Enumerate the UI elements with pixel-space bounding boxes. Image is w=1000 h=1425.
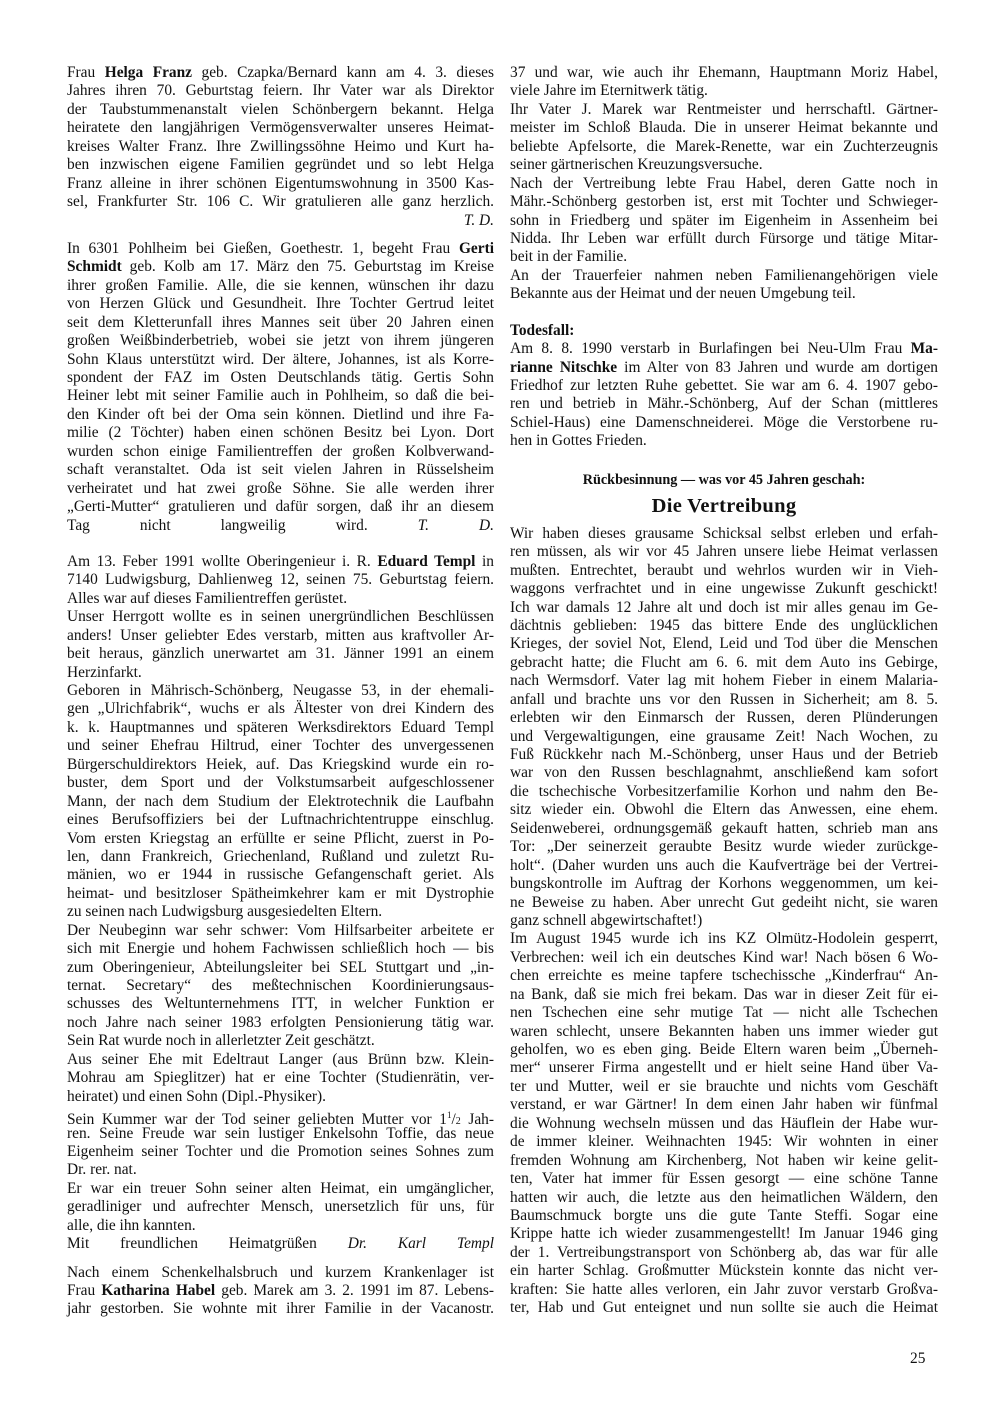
text-line: erlebten wir den Einmarsch der Russen, d… [510,709,938,727]
left-column: Frau Helga Franz geb. Czapka/Bernard kan… [67,64,494,1319]
text-line: Geboren in Mährisch-Schönberg, Neugasse … [67,682,494,700]
text-line: Krieges, der soviel Not, Elend, Leid und… [510,635,938,653]
text-line: Frau Helga Franz geb. Czapka/Bernard kan… [67,64,494,82]
text-line: gebracht hatte; die Flucht am 6. 6. mit … [510,654,938,672]
right-column: 37 und war, wie auch ihr Ehemann, Hauptm… [510,64,938,1318]
text-line: nen Tschechen eine sehr mutige Tat — nic… [510,1004,938,1022]
author-signature: Dr. Karl Templ [348,1235,494,1252]
text-line: In 6301 Pohlheim bei Gießen, Goethestr. … [67,240,494,258]
text-line: „Gerti-Mutter“ gratulieren und dafür sor… [67,498,494,516]
text-line: die tschechische Vorbesitzerfamilie Korh… [510,783,938,801]
text-line: Im August 1945 wurde ich ins KZ Olmütz-H… [510,930,938,948]
text-line: verheiratet und hat zwei große Söhne. Si… [67,480,494,498]
text-line: na Bank, daß sie mich frei bekam. Das wa… [510,986,938,1004]
text-line: nach Wermsdorf. Vater lag mit hohem Fieb… [510,672,938,690]
text-line: zu seinen nach Ludwigsburg ausgesiedelte… [67,903,494,921]
text-line: ne Beweise zu haben. Aber unrecht Gut ge… [510,894,938,912]
text-line: beliebte Apfelsorte, die Marek-Renette, … [510,138,938,156]
text-line: viele Jahre im Eternitwerk tätig. [510,82,938,100]
text-line: Sein Kummer war der Tod seiner geliebten… [67,1106,494,1124]
text-line: Am 13. Feber 1991 wollte Oberingenieur i… [67,553,494,571]
text-line: holt“. (Daher wurden uns auch die Kaufve… [510,857,938,875]
text-line: Krippe hatte ich wieder zusammengestellt… [510,1225,938,1243]
author-signature: T. D. [418,517,494,534]
notice-helga-franz: Frau Helga Franz geb. Czapka/Bernard kan… [67,64,494,230]
text-line: beit in der Familie. [510,248,938,266]
text-line: Ich war damals 12 Jahre alt und doch ist… [510,599,938,617]
text-line: verstand, er war Gärtner! In dem einen J… [510,1096,938,1114]
spacer [67,1254,494,1264]
notice-todesfall: Todesfall: Am 8. 8. 1990 verstarb in Bur… [510,322,938,451]
text-line: milie (2 Töchter) haben einen schönen Be… [67,424,494,442]
text-line: Herzinfarkt. [67,664,494,682]
text-line: waggons verfrachtet und in eine ungewiss… [510,580,938,598]
text-line: schaft veranstaltet. Oda ist seit vielen… [67,461,494,479]
text-line: Bürgerschuldirektors Heiek, auf. Das Kri… [67,756,494,774]
text-line: ren müssen, als wir vor 45 Jahren unsere… [510,543,938,561]
text-line: ren. Seine Freude war sein lustiger Enke… [67,1125,494,1143]
text-line: Fuß Rückkehr nach M.-Schönberg, unser Ha… [510,746,938,764]
page-number: 25 [910,1350,925,1368]
text-line: hatten wir auch, die letzte aus den heim… [510,1189,938,1207]
text-line: Tor: „Der seinerzeit geraubte Besitz wur… [510,838,938,856]
text-line: Ihr Vater J. Marek war Rentmeister und h… [510,101,938,119]
text-line: noch Jahre nach seiner 1983 erfolgten Pe… [67,1014,494,1032]
text-line: Nach der Vertreibung lebte Frau Habel, d… [510,175,938,193]
text-line: Schmidt geb. Kolb am 17. März den 75. Ge… [67,258,494,276]
text-line: von Herzen Glück und Gesundheit. Ihre To… [67,295,494,313]
text-line: ein harter Schlag. Großmutter Mückstein … [510,1262,938,1280]
text-line: mußten. Entrechtet, beraubt und wehrlos … [510,562,938,580]
text-line: Schiel-Haus) eine Damenschneiderei. Möge… [510,414,938,432]
text-line: Unser Herrgott wollte es in seinen unerg… [67,608,494,626]
spacer [67,535,494,553]
notice-gerti-schmidt: In 6301 Pohlheim bei Gießen, Goethestr. … [67,240,494,535]
text-line: und seiner Ehefrau Hiltrud, einer Tochte… [67,737,494,755]
person-name: Eduard Templ [377,553,475,570]
text-line: Vom ersten Kriegstag an erfüllte er sein… [67,830,494,848]
person-name: Helga Franz [105,64,192,81]
text-line: chen erreichte es meine tapfere tschechi… [510,967,938,985]
text-line: Jahres ihren 70. Geburtstag feiern. Ihr … [67,82,494,100]
person-name: Gerti [459,240,494,257]
text-line: Nach einem Schenkelhalsbruch und kurzem … [67,1264,494,1282]
text-line: war von den Russen beschlagnahmt, anschl… [510,764,938,782]
text-line: Friedhof zur letzten Ruhe gebettet. Sie … [510,377,938,395]
person-name: Ma- [911,340,938,357]
author-signature: T. D. [67,212,494,230]
text-line: heiratete den langjährigen Vermögensverw… [67,119,494,137]
text-line: geholfen, wo es eben ging. Beide Eltern … [510,1041,938,1059]
text-line: Er war ein treuer Sohn seiner alten Heim… [67,1180,494,1198]
text-line: len, dann Frankreich, Griechenland, Rußl… [67,848,494,866]
closing-line: Mit freundlichen Heimatgrüßen Dr. Karl T… [67,1235,494,1253]
text-line: kreises Walter Franz. Ihre Zwillingssöhn… [67,138,494,156]
text-line: Eigenheim seiner Tochter und die Promoti… [67,1143,494,1161]
text-line: An der Trauerfeier nahmen neben Familien… [510,267,938,285]
section-heading: Todesfall: [510,322,938,340]
text-line: gen „Ulrichfabrik“, wuchs er als Älteste… [67,700,494,718]
text-line: anders! Unser geliebter Edes verstarb, m… [67,627,494,645]
text-line: Frau Katharina Habel geb. Marek am 3. 2.… [67,1282,494,1300]
text-line: schusses des Weltunternehmens ITT, in we… [67,995,494,1013]
text-line: sohn in Friedberg und später im Eigenhei… [510,212,938,230]
text-line: hen in Gottes Frieden. [510,432,938,450]
text-line: ben inzwischen eigene Familien gegründet… [67,156,494,174]
text-line: 37 und war, wie auch ihr Ehemann, Hauptm… [510,64,938,82]
text-line: Franz alleine in ihrer schönen Eigentums… [67,175,494,193]
text-line: Aus seiner Ehe mit Edeltraut Langer (aus… [67,1051,494,1069]
text-line: Nidda. Ihr Leben war erfüllt durch Fürso… [510,230,938,248]
text-line: Heiner lebt mit seiner Familie auch in P… [67,387,494,405]
text-line: der 1. Vertreibungstransport von Schönbe… [510,1244,938,1262]
text-line: der Taubstummenanstalt vielen Schönberge… [67,101,494,119]
text-line: Mohrau am Spieglitzer) hat er eine Tocht… [67,1069,494,1087]
text-line: Sein Rat wurde noch in allerletzter Zeit… [67,1032,494,1050]
text-line: ganz schnell abgewirtschaftet!) [510,912,938,930]
text-line: sel, Frankfurter Str. 106 C. Wir gratuli… [67,193,494,211]
text-line: ter und Mutter, weil er sie brauchte und… [510,1078,938,1096]
text-line: sich mit Energie und hohem Fachwissen sc… [67,940,494,958]
text-line: waren schlecht, unsere Bekannten haben u… [510,1023,938,1041]
text-line: sitz wieder ein. Obwohl die Eltern das A… [510,801,938,819]
text-line: fremden Wohnung am Kirchenberg, Not habe… [510,1152,938,1170]
text-line: Sohn Klaus unterstützt wird. Der ältere,… [67,351,494,369]
text-line: seiner gärtnerischen Kreuzungsversuche. [510,156,938,174]
spacer [510,304,938,322]
text-line: Verbrechen: weil ich ein deutsches Kind … [510,949,938,967]
text-line: spondent der FAZ im Osten Deutschlands t… [67,369,494,387]
text-line: Mähr.-Schönberg gestorben ist, erst mit … [510,193,938,211]
text-line: heimat- und besitzloser Spätheimkehrer k… [67,885,494,903]
obituary-eduard-templ: Am 13. Feber 1991 wollte Oberingenieur i… [67,553,494,1254]
text-line: Mann, der nach dem Studium der Elektrote… [67,793,494,811]
person-name: Katharina Habel [101,1282,215,1299]
text-line: buster, dem Sport und der Volkstumsarbei… [67,774,494,792]
spacer [510,451,938,469]
obituary-katharina-habel: Nach einem Schenkelhalsbruch und kurzem … [67,1264,494,1319]
article-die-vertreibung: Rückbesinnung — was vor 45 Jahren gescha… [510,471,938,1318]
article-title: Die Vertreibung [510,493,938,519]
document-page: Frau Helga Franz geb. Czapka/Bernard kan… [0,0,1000,1425]
text-line: bungskontrolle im Auftrag der Korhons we… [510,875,938,893]
text-line: mänien, wo er 1944 in russische Gefangen… [67,866,494,884]
text-line: wurden schon einige Familientreffen der … [67,443,494,461]
text-line: Am 8. 8. 1990 verstarb in Burlafingen be… [510,340,938,358]
text-line: kraften: Sie hatte alles verloren, ein J… [510,1281,938,1299]
text-line: beit heraus, gänzlich unerwartet am 31. … [67,645,494,663]
text-line: Bekannte aus der Heimat und der neuen Um… [510,285,938,303]
text-line: heiratet) und einen Sohn (Dipl.-Physiker… [67,1088,494,1106]
text-line: meister im Schloß Blauda. Die in unserer… [510,119,938,137]
text-line: eines Berufsoffiziers bei der Luftnachri… [67,811,494,829]
text-line: Wir haben dieses grausame Schicksal selb… [510,525,938,543]
text-line: alle, die ihn kannten. [67,1217,494,1235]
spacer [67,230,494,240]
text-line: großen Weißbinderbetrieb, wobei sie jetz… [67,332,494,350]
text-line: Baumschmuck borgte uns die gute Tante St… [510,1207,938,1225]
text-line: Alles war auf dieses Familientreffen ger… [67,590,494,608]
text-line-with-signature: Tag nicht langweilig wird. T. D. [67,517,494,535]
text-line: ten, Vater hat immer für Essen gesorgt —… [510,1170,938,1188]
article-kicker: Rückbesinnung — was vor 45 Jahren gescha… [510,471,938,489]
text-line: Der Neubeginn war sehr schwer: Vom Hilfs… [67,922,494,940]
text-line: ternat. Secretary“ des meßtechnischen Ko… [67,977,494,995]
text-line: ren und betrieb in Mähr.-Schönberg, Auf … [510,395,938,413]
text-line: ihrer großen Familie. Alle, die sie kenn… [67,277,494,295]
text-line: geradliniger und aufrechter Mensch, uner… [67,1198,494,1216]
text-line: de immer kleiner. Weihnachten 1945: Wir … [510,1133,938,1151]
text-line: dächtnis geblieben: 1945 das bittere End… [510,617,938,635]
text-line: Dr. rer. nat. [67,1161,494,1179]
person-name: rianne Nitschke [510,359,617,376]
text-line: Seidenweberei, ordnungsgemäß gekauft hat… [510,820,938,838]
text-line: die Wohnung wechseln müssen und das Häuf… [510,1115,938,1133]
obituary-habel-continued: 37 und war, wie auch ihr Ehemann, Hauptm… [510,64,938,304]
text-line: anfall und brachte uns vor den Russen in… [510,691,938,709]
text-line: rianne Nitschke im Alter von 83 Jahren u… [510,359,938,377]
text-line: ter, Hab und Gut enteignet und nun sollt… [510,1299,938,1317]
text-line: und Vergewaltigungen, eine grausame Zeit… [510,728,938,746]
text-line: den Kinder oft bei der Oma sein können. … [67,406,494,424]
text-line: seit dem Kletterunfall ihres Mannes seit… [67,314,494,332]
text-line: k. k. Hauptmannes und späteren Werksdire… [67,719,494,737]
text-line: jahr gestorben. Sie wohnte mit ihrer Fam… [67,1300,494,1318]
person-name: Schmidt [67,258,122,275]
text-line: mer“ unserer Firma angestellt und er hie… [510,1059,938,1077]
text-line: 7140 Ludwigsburg, Dahlienweg 12, seinen … [67,571,494,589]
text-line: zum Oberingenieur, Abteilungsleiter bei … [67,959,494,977]
